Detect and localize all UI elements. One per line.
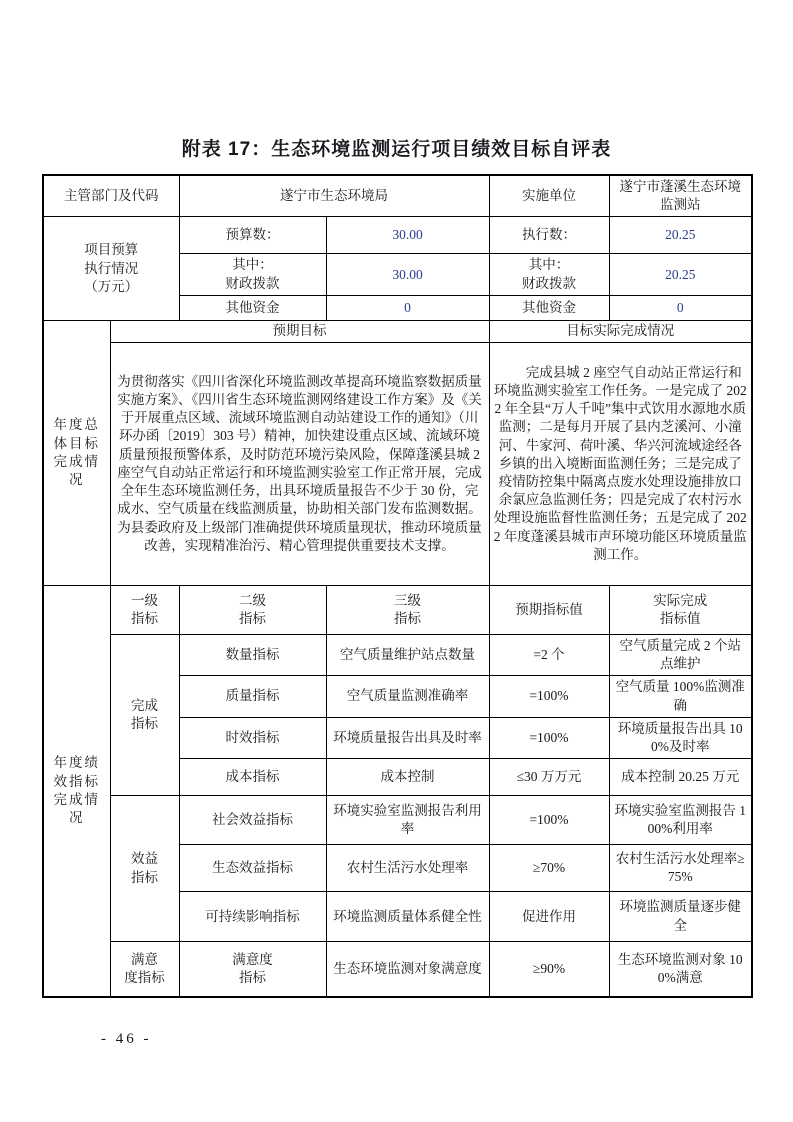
actual-value-header: 实际完成 指标值: [609, 585, 752, 634]
fiscal-grant-value-left: 30.00: [326, 254, 489, 295]
level1-group-benefit: 效益 指标: [110, 796, 179, 942]
executed-amount-label: 执行数：: [489, 217, 609, 254]
expected-value-cell: ≤30 万万元: [489, 759, 609, 796]
self-evaluation-table: 主管部门及代码 遂宁市生态环境局 实施单位 遂宁市蓬溪生态环境监测站 项目预算 …: [42, 174, 753, 998]
level1-group-completion: 完成 指标: [110, 634, 179, 795]
table-row: 为贯彻落实《四川省深化环境监测改革提高环境监察数据质量实施方案》、《四川省生态环…: [43, 342, 752, 585]
actual-value-cell: 空气质量 100%监测准确: [609, 676, 752, 717]
level2-cell: 成本指标: [179, 759, 326, 796]
indicators-section-label: 年度绩效指标完成情况: [43, 585, 110, 996]
expected-goal-text: 为贯彻落实《四川省深化环境监测改革提高环境监察数据质量实施方案》、《四川省生态环…: [110, 342, 489, 585]
dept-code-label: 主管部门及代码: [43, 175, 179, 217]
level1-group-satisfaction: 满意 度指标: [110, 942, 179, 997]
impl-unit-value: 遂宁市蓬溪生态环境监测站: [609, 175, 752, 217]
actual-value-cell: 空气质量完成 2 个站点维护: [609, 634, 752, 675]
level2-cell: 满意度 指标: [179, 942, 326, 997]
fiscal-grant-value-right: 20.25: [609, 254, 752, 295]
page-number: - 46 -: [101, 1031, 152, 1048]
actual-value-cell: 农村生活污水处理率≥75%: [609, 845, 752, 892]
actual-value-cell: 生态环境监测对象 100%满意: [609, 942, 752, 997]
table-row: 完成 指标 数量指标 空气质量维护站点数量 =2 个 空气质量完成 2 个站点维…: [43, 634, 752, 675]
expected-value-header: 预期指标值: [489, 585, 609, 634]
level3-cell: 空气质量监测准确率: [326, 676, 489, 717]
budget-section-label: 项目预算 执行情况 （万元）: [43, 217, 179, 320]
expected-value-cell: =100%: [489, 796, 609, 845]
executed-amount-value: 20.25: [609, 217, 752, 254]
page-title: 附表 17：生态环境监测运行项目绩效目标自评表: [0, 134, 793, 161]
actual-value-cell: 环境质量报告出具 100%及时率: [609, 717, 752, 758]
level2-header: 二级 指标: [179, 585, 326, 634]
level3-cell: 环境质量报告出具及时率: [326, 717, 489, 758]
level2-cell: 时效指标: [179, 717, 326, 758]
other-funds-label-left: 其他资金: [179, 295, 326, 320]
table-row: 项目预算 执行情况 （万元） 预算数： 30.00 执行数： 20.25: [43, 217, 752, 254]
expected-goal-header: 预期目标: [110, 320, 489, 342]
actual-value-cell: 成本控制 20.25 万元: [609, 759, 752, 796]
actual-value-cell: 环境监测质量逐步健全: [609, 892, 752, 942]
level3-cell: 生态环境监测对象满意度: [326, 942, 489, 997]
annual-goal-section-label: 年度总体目标完成情况: [43, 320, 110, 585]
level3-cell: 成本控制: [326, 759, 489, 796]
level3-cell: 环境实验室监测报告利用率: [326, 796, 489, 845]
table-row: 效益 指标 社会效益指标 环境实验室监测报告利用率 =100% 环境实验室监测报…: [43, 796, 752, 845]
other-funds-value-right: 0: [609, 295, 752, 320]
expected-value-cell: ≥90%: [489, 942, 609, 997]
budget-amount-value: 30.00: [326, 217, 489, 254]
actual-goal-header: 目标实际完成情况: [489, 320, 752, 342]
budget-amount-label: 预算数：: [179, 217, 326, 254]
other-funds-label-right: 其他资金: [489, 295, 609, 320]
table-row: 年度总体目标完成情况 预期目标 目标实际完成情况: [43, 320, 752, 342]
expected-value-cell: =100%: [489, 717, 609, 758]
impl-unit-label: 实施单位: [489, 175, 609, 217]
level1-header: 一级 指标: [110, 585, 179, 634]
expected-value-cell: =2 个: [489, 634, 609, 675]
expected-value-cell: =100%: [489, 676, 609, 717]
table-row: 年度绩效指标完成情况 一级 指标 二级 指标 三级 指标 预期指标值 实际完成 …: [43, 585, 752, 634]
table-row: 主管部门及代码 遂宁市生态环境局 实施单位 遂宁市蓬溪生态环境监测站: [43, 175, 752, 217]
actual-goal-text: 完成县城 2 座空气自动站正常运行和环境监测实验室工作任务。一是完成了 2022…: [489, 342, 752, 585]
level3-cell: 农村生活污水处理率: [326, 845, 489, 892]
expected-value-cell: ≥70%: [489, 845, 609, 892]
level2-cell: 生态效益指标: [179, 845, 326, 892]
level3-cell: 环境监测质量体系健全性: [326, 892, 489, 942]
fiscal-grant-label-right: 其中： 财政拨款: [489, 254, 609, 295]
fiscal-grant-label-left: 其中： 财政拨款: [179, 254, 326, 295]
level2-cell: 数量指标: [179, 634, 326, 675]
level2-cell: 社会效益指标: [179, 796, 326, 845]
expected-value-cell: 促进作用: [489, 892, 609, 942]
table-row: 满意 度指标 满意度 指标 生态环境监测对象满意度 ≥90% 生态环境监测对象 …: [43, 942, 752, 997]
page: { "palette":{ "page_bg":"#ffffff", "text…: [0, 0, 793, 1122]
level3-header: 三级 指标: [326, 585, 489, 634]
other-funds-value-left: 0: [326, 295, 489, 320]
dept-code-value: 遂宁市生态环境局: [179, 175, 489, 217]
actual-value-cell: 环境实验室监测报告 100%利用率: [609, 796, 752, 845]
level2-cell: 质量指标: [179, 676, 326, 717]
level2-cell: 可持续影响指标: [179, 892, 326, 942]
level3-cell: 空气质量维护站点数量: [326, 634, 489, 675]
